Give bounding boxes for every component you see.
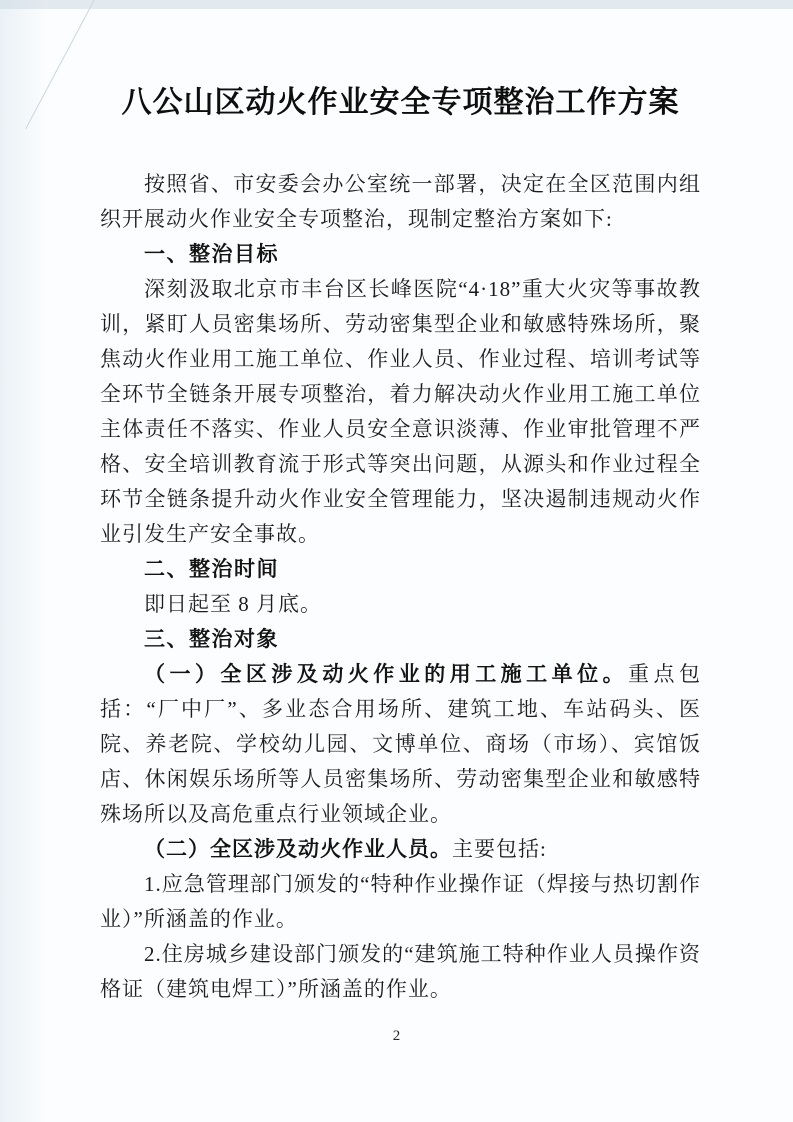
target-item2-paragraph: （二）全区涉及动火作业人员。主要包括: xyxy=(100,832,701,867)
intro-paragraph: 按照省、市安委会办公室统一部署，决定在全区范围内组织开展动火作业安全专项整治，现… xyxy=(100,167,701,237)
page-number: 2 xyxy=(0,1028,793,1045)
target-item2-lead: （二）全区涉及动火作业人员。 xyxy=(144,837,452,861)
section1-paragraph: 深刻汲取北京市丰台区长峰医院“4·18”重大火灾等事故教训，紧盯人员密集场所、劳… xyxy=(100,272,701,552)
document-title: 八公山区动火作业安全专项整治工作方案 xyxy=(100,83,701,123)
section2-paragraph: 即日起至 8 月底。 xyxy=(100,587,701,622)
section3-heading: 三、整治对象 xyxy=(100,622,701,657)
scan-artifact-line xyxy=(25,0,96,129)
section1-heading: 一、整治目标 xyxy=(100,237,701,272)
document-content: 八公山区动火作业安全专项整治工作方案 按照省、市安委会办公室统一部署，决定在全区… xyxy=(100,0,701,1007)
personnel-list-item-2: 2.住房城乡建设部门颁发的“建筑施工特种作业人员操作资格证（建筑电焊工）”所涵盖… xyxy=(100,937,701,1007)
scanned-document-page: 八公山区动火作业安全专项整治工作方案 按照省、市安委会办公室统一部署，决定在全区… xyxy=(0,0,793,1122)
target-item1-lead: （一）全区涉及动火作业的用工施工单位。 xyxy=(144,662,628,686)
scan-edge-tint xyxy=(0,0,46,1122)
target-item1-paragraph: （一）全区涉及动火作业的用工施工单位。重点包括：“厂中厂”、多业态合用场所、建筑… xyxy=(100,657,701,832)
target-item1-text: 重点包括：“厂中厂”、多业态合用场所、建筑工地、车站码头、医院、养老院、学校幼儿… xyxy=(100,662,701,826)
section2-heading: 二、整治时间 xyxy=(100,552,701,587)
target-item2-text: 主要包括: xyxy=(452,837,547,861)
personnel-list-item-1: 1.应急管理部门颁发的“特种作业操作证（焊接与热切割作业）”所涵盖的作业。 xyxy=(100,867,701,937)
